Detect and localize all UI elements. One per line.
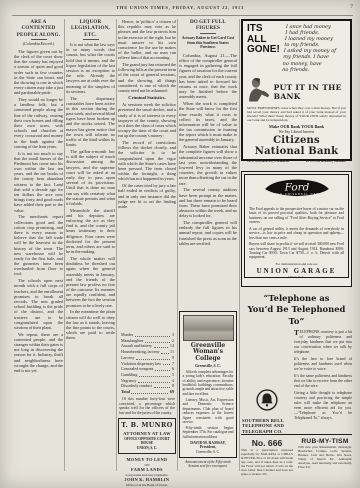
ford-sale-line: For demonstration and sale see: [249, 262, 344, 266]
notice-line: MONEY TO LEND: [118, 457, 176, 463]
rub-my-tism-body: Will cure your Rheumatism, Neuralgia, He…: [298, 446, 352, 470]
body-paragraph: At sessions week the solicitor presented…: [118, 102, 176, 138]
drop-cap: T: [294, 330, 299, 336]
masthead-dateline: THE UNION TIMES, FRIDAY, AUGUST 22, 1913: [0, 5, 360, 10]
bank-ad-header: ITS ALL GONE! I once had money I had fri…: [247, 24, 346, 73]
stat-label: Larceny: [121, 356, 134, 361]
ford-logo: Ford THE UNIVERSAL CAR: [249, 178, 344, 205]
news-column-3: Hence, in 'politics' a citizen of this r…: [118, 19, 176, 471]
article-subhead: Actuary Baker to Get Card Cost from this…: [181, 36, 235, 51]
article-headline-2: LIQUOR LEGISLATION, ETC.: [66, 19, 115, 38]
college-footnote: Announcement of the Fifty-ninth Session …: [179, 460, 237, 469]
bell-icon: [242, 389, 292, 416]
column-rule-3: [177, 19, 178, 471]
headline-line: ARE A CONTENTED: [14, 19, 63, 32]
section-subhead: Criminal Statistics.: [118, 95, 176, 100]
body-paragraph: Of this number forty-four were convicted…: [119, 397, 175, 415]
column-rule-2: [116, 19, 117, 471]
article-headline-4: DO GET FULL FIGURES: [179, 19, 237, 32]
body-paragraph: We repeat, these are a contented people,…: [14, 332, 63, 374]
ford-ad-paragraph: A car of general utility, it meets the d…: [249, 227, 344, 240]
headline-divider: [200, 33, 216, 34]
leader-dots: [139, 376, 171, 377]
bank-ad: ITS ALL GONE! I once had money I had fri…: [241, 19, 352, 161]
telephone-ad-body: TELEPHONE courtesy is just a bit of ordi…: [294, 330, 352, 420]
telephone-ad: “Telephone as You’d Be Telephoned To” TE…: [241, 293, 352, 431]
advertising-column: ITS ALL GONE! I once had money I had fri…: [241, 19, 352, 484]
despondent-man-illustration: [247, 73, 271, 105]
leader-dots: [154, 347, 169, 348]
headline-divider: [83, 39, 99, 40]
garage-name: UNION GARAGE: [249, 267, 344, 275]
news-column-4: DO GET FULL FIGURES Actuary Baker to Get…: [179, 19, 237, 471]
attorney-card: T. B. MUNRO ATTORNEY AT LAW OFFICE OPPOS…: [118, 418, 176, 454]
gone-line: ITS ALL: [247, 24, 284, 45]
college-paragraph: Fifty-ninth session begins September 17t…: [183, 426, 234, 439]
table-row: Larceny9: [121, 356, 174, 361]
body-paragraph: Hence, in 'politics' a citizen of this r…: [118, 19, 176, 61]
college-location: Greenville, S. C.: [183, 364, 234, 368]
leader-dots: [131, 393, 168, 394]
notice-line: Office over the Bank of Union.: [118, 483, 176, 488]
telephone-company-name: SOUTHERN BELL TELEPHONE AND TELEGRAPH CO…: [242, 418, 292, 436]
body-paragraph: The schools open next month with a full …: [14, 278, 63, 330]
body-paragraph: The whole matter will doubtless be thres…: [66, 256, 115, 308]
rub-my-tism-ad: RUB-MY-TISM Will cure your Rheumatism, N…: [298, 438, 352, 470]
attorney-city: UNION, S. C.: [120, 446, 174, 450]
college-paragraph: Literary, Music, Art, Expression and Dom…: [183, 398, 234, 425]
body-paragraph: It is not what the law says in so many w…: [66, 42, 115, 94]
body-paragraph: The record of convictions follows the do…: [118, 140, 176, 182]
statistics-and-cards: Murder3 Manslaughter2 Assault and batter…: [118, 333, 176, 487]
leader-dots: [135, 336, 171, 337]
college-ad-box: Greenville Woman's College Greenville, S…: [179, 311, 237, 458]
leader-dots: [138, 382, 170, 383]
bank-officers: A. F. MORGAN, President C. C. SANDERS, C…: [247, 159, 346, 163]
telephone-company-block: SOUTHERN BELL TELEPHONE AND TELEGRAPH CO…: [242, 389, 292, 435]
college-ad: Greenville Woman's College Greenville, S…: [179, 311, 237, 469]
body-paragraph: The dispensary constables have been acti…: [66, 96, 115, 148]
body-paragraph: Columbia, August 21.—The office of the c…: [179, 53, 237, 100]
table-total-row: Total69: [121, 390, 174, 395]
svg-text:THE UNIVERSAL CAR: THE UNIVERSAL CAR: [274, 193, 319, 196]
bank-slogan: Make OUR Bank YOUR Bank: [247, 124, 346, 129]
college-name: Greenville Woman's College: [183, 343, 234, 364]
ford-ad-paragraph: The Ford appeals to the prospective buye…: [249, 207, 344, 225]
headline-line: You’d Be Telephoned To”: [241, 304, 352, 327]
body-paragraph: In the meantime the plain citizen will d…: [66, 309, 115, 340]
header-rule: [12, 15, 353, 16]
footnote-line: Session sent free on request.: [179, 464, 237, 469]
garage-city: Union, S. C.: [249, 275, 344, 279]
newspaper-page: THE UNION TIMES, FRIDAY, AUGUST 22, 1913…: [0, 0, 360, 488]
ad-section-divider: [241, 434, 352, 435]
ford-ad-inner: Ford THE UNIVERSAL CAR The Ford appeals …: [244, 174, 349, 278]
body-paragraph: The grand jury has returned the followin…: [118, 62, 176, 93]
attorney-name: T. B. MUNRO: [120, 422, 174, 430]
leader-dots: [161, 353, 168, 354]
put-it-in-the-bank-text: PUT IT IN THE BANK: [274, 83, 346, 101]
leader-dots: [136, 359, 171, 360]
column-rule-1: [64, 19, 65, 471]
ford-wing-logo: Ford THE UNIVERSAL CAR: [264, 178, 330, 200]
handwritten-lament: I once had money I had friends. I loaned…: [282, 24, 348, 73]
article-headline-1: ARE A CONTENTED PEOPLE ALONG.: [14, 19, 63, 38]
college-signature-city: Greenville, S. C.: [183, 450, 234, 454]
no-666-body: This is a prescription prepared especial…: [241, 449, 293, 477]
no-666-title: No. 666: [241, 438, 293, 448]
news-column-2: LIQUOR LEGISLATION, ETC. It is not what …: [66, 19, 115, 342]
body-paragraph: When the work is completed the State wil…: [179, 101, 237, 143]
ford-ad: Ford THE UNIVERSAL CAR The Ford appeals …: [241, 171, 352, 287]
attorney-title: ATTORNEY AT LAW: [120, 431, 174, 436]
leader-dots: [163, 364, 171, 365]
bank-interest-line: We Pay Liberal Interest: [247, 130, 346, 134]
news-column-1: ARE A CONTENTED PEOPLE ALONG. (Columbia …: [14, 19, 63, 375]
page-number: 7: [350, 4, 353, 10]
body-paragraph: The merchants report collections good an…: [14, 214, 63, 276]
body-paragraph: They would no longer be a landless folk,…: [14, 97, 63, 149]
stat-value: 69: [170, 390, 174, 395]
college-president-signature: DAVID M. RAMSAY, President,: [183, 441, 234, 450]
college-paragraph: Affords complete advantages for a young …: [183, 370, 234, 397]
article-credit: (Columbia Record.): [14, 42, 63, 47]
attorney-office: OFFICE OPPOSITE COURT HOUSE: [120, 437, 174, 445]
stat-value: 9: [172, 356, 174, 361]
ford-ad-fine-print: Buyers will share in profits if we sell …: [249, 242, 344, 260]
telephone-paragraph: It’s the same politeness and kindness th…: [294, 374, 352, 389]
script-line: no friends.: [282, 67, 345, 73]
column-rule-4: [239, 19, 240, 471]
telephone-paragraph: It’s the face to face brand of politenes…: [294, 357, 352, 372]
body-paragraph: Actuary Baker estimates that the complet…: [179, 144, 237, 186]
headline-divider: [31, 39, 47, 40]
telephone-paragraph: TELEPHONE courtesy is just a bit of ordi…: [294, 330, 352, 354]
body-paragraph: The several county auditors have been pr…: [179, 187, 237, 218]
leader-dots: [145, 342, 170, 343]
leader-dots: [154, 387, 171, 388]
headline-line: “Telephone as: [241, 293, 352, 304]
bank-cashier: C. C. SANDERS, Cashier: [306, 159, 346, 163]
paragraph-text: ELEPHONE courtesy is just a bit of ordin…: [294, 330, 352, 354]
stat-label: Total: [121, 390, 130, 395]
telephone-ad-headline: “Telephone as You’d Be Telephoned To”: [241, 293, 352, 327]
telephone-paragraph: Giving a little thought to telephone cou…: [294, 391, 352, 420]
body-paragraph: The gallon-a-month law is still the subj…: [66, 149, 115, 206]
leader-dots: [155, 370, 171, 371]
body-paragraph: The figures given out by the clerk of th…: [14, 49, 63, 96]
college-campus-photo: [183, 315, 234, 341]
body-paragraph: It is not too much to say that the small…: [14, 151, 63, 213]
its-all-gone-text: ITS ALL GONE!: [247, 24, 284, 73]
gone-line: GONE!: [247, 45, 284, 56]
body-paragraph: Meanwhile the sheriff and his deputies a…: [66, 208, 115, 255]
bank-name: Citizens National Bank: [247, 135, 346, 157]
money-to-lend-notice: MONEY TO LEND ON FARM LANDS Long terms a…: [118, 457, 176, 487]
no-666-ad: No. 666 This is a prescription prepared …: [241, 438, 293, 477]
rub-my-tism-title: RUB-MY-TISM: [298, 438, 352, 445]
bank-ad-illustration-row: PUT IT IN THE BANK: [247, 73, 346, 105]
bank-ad-copy: MOST FRIENDSHIPS cease when they cost a …: [247, 106, 346, 123]
body-paragraph: Of the cases tried by jury a fair half e…: [118, 183, 176, 209]
bank-president: A. F. MORGAN, President: [247, 159, 289, 163]
headline-line: PEOPLE ALONG.: [14, 32, 63, 38]
college-name-line: Woman's College: [183, 349, 234, 363]
svg-text:Ford: Ford: [283, 182, 309, 194]
body-paragraph: The comptroller general will embody the …: [179, 220, 237, 246]
